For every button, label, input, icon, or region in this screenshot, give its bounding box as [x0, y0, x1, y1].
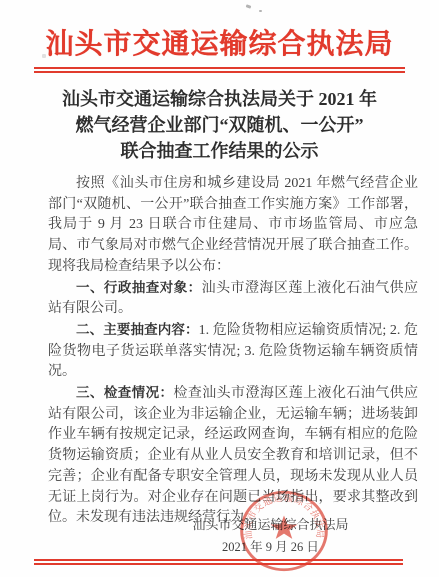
signature-block: 汕头市交通运输综合执法局 2021 年 9 月 26 日 [168, 517, 373, 554]
paragraph-inspection-target-lead: 一、行政抽查对象： [76, 280, 202, 295]
scan-speck [246, 4, 252, 9]
scanned-document-page: 汕头市交通运输综合执法局 汕头市交通运输综合执法局关于 2021 年 燃气经营企… [0, 0, 439, 577]
document-title-line-1: 汕头市交通运输综合执法局关于 2021 年 [0, 86, 439, 112]
paragraph-inspection-content: 二、主要抽查内容：1. 危险货物相应运输资质情况; 2. 危险货物电子货运联单落… [48, 320, 418, 383]
paragraph-inspection-content-lead: 二、主要抽查内容： [76, 322, 199, 337]
paragraph-inspection-target: 一、行政抽查对象：汕头市澄海区莲上液化石油气供应站有限公司。 [48, 278, 418, 320]
header-divider-line [34, 67, 405, 73]
document-title: 汕头市交通运输综合执法局关于 2021 年 燃气经营企业部门“双随机、一公开” … [0, 86, 439, 164]
paragraph-intro: 按照《汕头市住房和城乡建设局 2021 年燃气经营企业部门“双随机、一公开”联合… [48, 173, 418, 278]
paragraph-inspection-result: 三、检查情况：检查汕头市澄海区莲上液化石油气供应站有限公司，该企业为非运输企业，… [48, 383, 418, 529]
document-title-line-2: 燃气经营企业部门“双随机、一公开” [0, 112, 439, 138]
scan-speck [42, 54, 46, 58]
paragraph-inspection-result-lead: 三、检查情况： [76, 385, 173, 400]
document-body: 按照《汕头市住房和城乡建设局 2021 年燃气经营企业部门“双随机、一公开”联合… [48, 173, 418, 529]
paragraph-intro-text: 按照《汕头市住房和城乡建设局 2021 年燃气经营企业部门“双随机、一公开”联合… [48, 176, 418, 274]
signature-agency: 汕头市交通运输综合执法局 [168, 517, 373, 532]
paragraph-inspection-result-text: 检查汕头市澄海区莲上液化石油气供应站有限公司，该企业为非运输企业，无运输车辆；进… [48, 386, 418, 525]
agency-masthead: 汕头市交通运输综合执法局 [0, 22, 439, 62]
signature-date: 2021 年 9 月 26 日 [168, 540, 373, 554]
scan-speck [259, 10, 262, 12]
footer-divider-line [34, 559, 403, 565]
document-title-line-3: 联合抽查工作结果的公示 [0, 138, 439, 164]
